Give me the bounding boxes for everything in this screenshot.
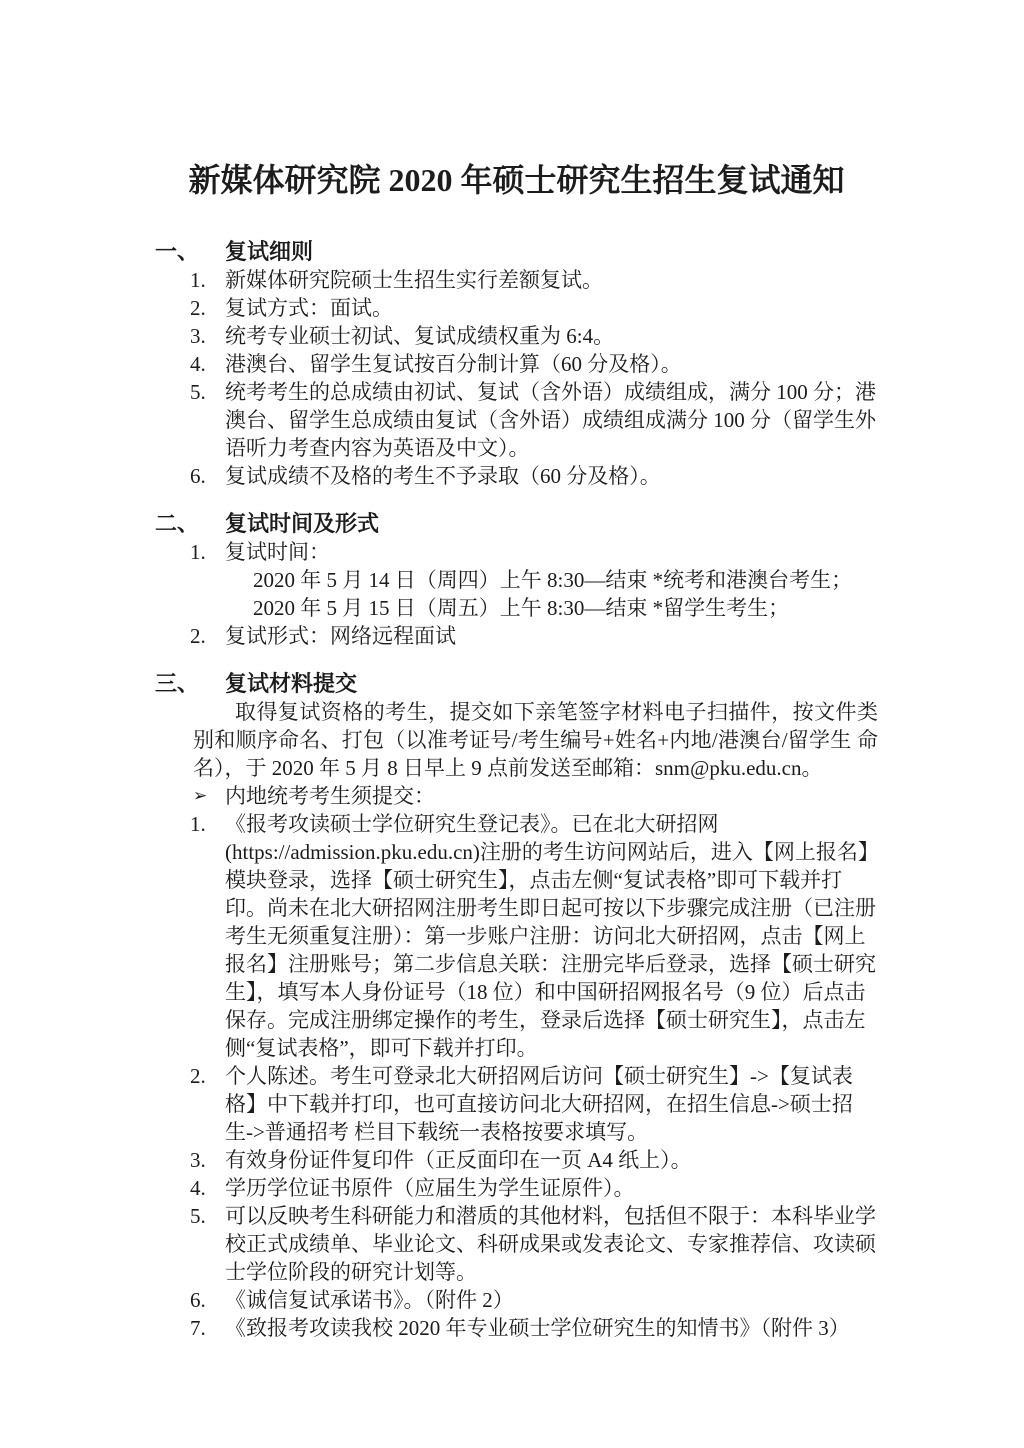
item-number: 2.	[190, 1062, 225, 1146]
item-body: 统考考生的总成绩由初试、复试（含外语）成绩组成，满分 100 分；港澳台、留学生…	[225, 378, 878, 462]
item-text: 港澳台、留学生复试按百分制计算（60 分及格）。	[225, 352, 682, 376]
section-header: 一、 复试细则	[155, 238, 878, 266]
bullet-row: ➢ 内地统考考生须提交：	[193, 782, 878, 810]
section-marker: 二、	[155, 510, 225, 538]
list-item: 5. 可以反映考生科研能力和潜质的其他材料，包括但不限于：本科毕业学校正式成绩单…	[190, 1202, 878, 1286]
section-marker: 三、	[155, 670, 225, 698]
section-list: 1. 《报考攻读硕士学位研究生登记表》。已在北大研招网 (https://adm…	[155, 810, 878, 1342]
section: 三、 复试材料提交 取得复试资格的考生，提交如下亲笔签字材料电子扫描件，按文件类…	[155, 670, 878, 1342]
section-paragraph: 取得复试资格的考生，提交如下亲笔签字材料电子扫描件，按文件类别和顺序命名、打包（…	[193, 698, 878, 782]
section-list: 1. 新媒体研究院硕士生招生实行差额复试。 2. 复试方式：面试。 3. 统考专…	[155, 266, 878, 490]
item-number: 2.	[190, 622, 225, 650]
section: 一、 复试细则 1. 新媒体研究院硕士生招生实行差额复试。 2. 复试方式：面试…	[155, 238, 878, 490]
item-body: 有效身份证件复印件（正反面印在一页 A4 纸上）。	[225, 1146, 878, 1174]
list-item: 6. 复试成绩不及格的考生不予录取（60 分及格）。	[190, 462, 878, 490]
item-number: 2.	[190, 294, 225, 322]
item-number: 7.	[190, 1314, 225, 1342]
document: 新媒体研究院 2020 年硕士研究生招生复试通知 一、 复试细则 1. 新媒体研…	[0, 0, 1024, 1342]
section-header: 三、 复试材料提交	[155, 670, 878, 698]
item-body: 个人陈述。考生可登录北大研招网后访问【硕士研究生】->【复试表格】中下载并打印，…	[225, 1062, 878, 1146]
section-marker: 一、	[155, 238, 225, 266]
list-item: 4. 港澳台、留学生复试按百分制计算（60 分及格）。	[190, 350, 878, 378]
item-text: 《报考攻读硕士学位研究生登记表》。已在北大研招网 (https://admiss…	[225, 812, 876, 1060]
list-item: 1. 复试时间： 2020 年 5 月 14 日（周四）上午 8:30—结束 *…	[190, 538, 878, 622]
item-body: 复试形式：网络远程面试	[225, 622, 878, 650]
item-body: 可以反映考生科研能力和潜质的其他材料，包括但不限于：本科毕业学校正式成绩单、毕业…	[225, 1202, 878, 1286]
item-text: 有效身份证件复印件（正反面印在一页 A4 纸上）。	[225, 1148, 692, 1172]
item-number: 5.	[190, 378, 225, 462]
item-number: 6.	[190, 462, 225, 490]
list-item: 2. 个人陈述。考生可登录北大研招网后访问【硕士研究生】->【复试表格】中下载并…	[190, 1062, 878, 1146]
item-text: 复试时间：	[225, 540, 330, 564]
item-number: 3.	[190, 322, 225, 350]
item-text: 统考专业硕士初试、复试成绩权重为 6:4。	[225, 324, 614, 348]
item-number: 4.	[190, 1174, 225, 1202]
item-body: 《报考攻读硕士学位研究生登记表》。已在北大研招网 (https://admiss…	[225, 810, 878, 1062]
section-heading: 复试材料提交	[225, 670, 878, 698]
schedule-line: 2020 年 5 月 15 日（周五）上午 8:30—结束 *留学生考生；	[253, 594, 878, 622]
item-text: 《诚信复试承诺书》。（附件 2）	[225, 1288, 514, 1312]
list-item: 2. 复试形式：网络远程面试	[190, 622, 878, 650]
section-list: 1. 复试时间： 2020 年 5 月 14 日（周四）上午 8:30—结束 *…	[155, 538, 878, 650]
item-body: 《致报考攻读我校 2020 年专业硕士学位研究生的知情书》（附件 3）	[225, 1314, 878, 1342]
section-heading: 复试细则	[225, 238, 878, 266]
item-body: 复试成绩不及格的考生不予录取（60 分及格）。	[225, 462, 878, 490]
section: 二、 复试时间及形式 1. 复试时间： 2020 年 5 月 14 日（周四）上…	[155, 510, 878, 650]
bullet-text: 内地统考考生须提交：	[225, 782, 878, 810]
list-item: 5. 统考考生的总成绩由初试、复试（含外语）成绩组成，满分 100 分；港澳台、…	[190, 378, 878, 462]
item-body: 新媒体研究院硕士生招生实行差额复试。	[225, 266, 878, 294]
item-text: 可以反映考生科研能力和潜质的其他材料，包括但不限于：本科毕业学校正式成绩单、毕业…	[225, 1204, 876, 1284]
section-heading: 复试时间及形式	[225, 510, 878, 538]
item-number: 4.	[190, 350, 225, 378]
list-item: 6. 《诚信复试承诺书》。（附件 2）	[190, 1286, 878, 1314]
list-item: 1. 新媒体研究院硕士生招生实行差额复试。	[190, 266, 878, 294]
item-text: 新媒体研究院硕士生招生实行差额复试。	[225, 268, 603, 292]
list-item: 3. 统考专业硕士初试、复试成绩权重为 6:4。	[190, 322, 878, 350]
arrow-bullet-icon: ➢	[193, 782, 225, 810]
list-item: 4. 学历学位证书原件（应届生为学生证原件）。	[190, 1174, 878, 1202]
schedule-line: 2020 年 5 月 14 日（周四）上午 8:30—结束 *统考和港澳台考生；	[253, 566, 878, 594]
document-page: 新媒体研究院 2020 年硕士研究生招生复试通知 一、 复试细则 1. 新媒体研…	[0, 0, 1024, 1448]
list-item: 7. 《致报考攻读我校 2020 年专业硕士学位研究生的知情书》（附件 3）	[190, 1314, 878, 1342]
item-sublines: 2020 年 5 月 14 日（周四）上午 8:30—结束 *统考和港澳台考生；…	[225, 566, 878, 622]
item-text: 个人陈述。考生可登录北大研招网后访问【硕士研究生】->【复试表格】中下载并打印，…	[225, 1064, 853, 1144]
item-text: 复试成绩不及格的考生不予录取（60 分及格）。	[225, 464, 661, 488]
list-item: 2. 复试方式：面试。	[190, 294, 878, 322]
item-number: 3.	[190, 1146, 225, 1174]
section-header: 二、 复试时间及形式	[155, 510, 878, 538]
item-number: 5.	[190, 1202, 225, 1286]
item-body: 学历学位证书原件（应届生为学生证原件）。	[225, 1174, 878, 1202]
item-number: 1.	[190, 266, 225, 294]
list-item: 1. 《报考攻读硕士学位研究生登记表》。已在北大研招网 (https://adm…	[190, 810, 878, 1062]
page-title: 新媒体研究院 2020 年硕士研究生招生复试通知	[155, 158, 878, 202]
item-text: 学历学位证书原件（应届生为学生证原件）。	[225, 1176, 635, 1200]
item-text: 复试形式：网络远程面试	[225, 624, 456, 648]
document-sections: 一、 复试细则 1. 新媒体研究院硕士生招生实行差额复试。 2. 复试方式：面试…	[155, 238, 878, 1342]
item-number: 1.	[190, 538, 225, 622]
list-item: 3. 有效身份证件复印件（正反面印在一页 A4 纸上）。	[190, 1146, 878, 1174]
item-text: 统考考生的总成绩由初试、复试（含外语）成绩组成，满分 100 分；港澳台、留学生…	[225, 380, 876, 460]
item-body: 统考专业硕士初试、复试成绩权重为 6:4。	[225, 322, 878, 350]
item-body: 复试时间： 2020 年 5 月 14 日（周四）上午 8:30—结束 *统考和…	[225, 538, 878, 622]
item-body: 《诚信复试承诺书》。（附件 2）	[225, 1286, 878, 1314]
item-text: 《致报考攻读我校 2020 年专业硕士学位研究生的知情书》（附件 3）	[225, 1316, 850, 1340]
item-body: 港澳台、留学生复试按百分制计算（60 分及格）。	[225, 350, 878, 378]
item-number: 6.	[190, 1286, 225, 1314]
item-text: 复试方式：面试。	[225, 296, 393, 320]
item-body: 复试方式：面试。	[225, 294, 878, 322]
item-number: 1.	[190, 810, 225, 1062]
